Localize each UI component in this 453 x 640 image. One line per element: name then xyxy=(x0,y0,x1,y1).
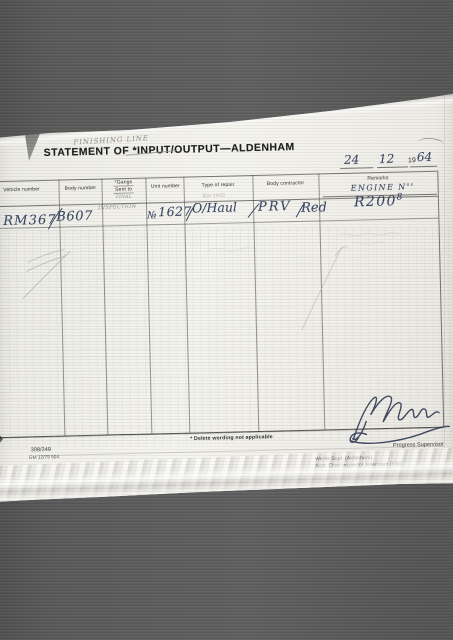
paper-sheet: FINISHING LINE STATEMENT OF *INPUT/OUTPU… xyxy=(0,88,453,508)
entry-vehicle-number: RM367 xyxy=(3,213,57,229)
col-header-type-of-repair: Type of repair xyxy=(193,181,243,189)
print-reference: GM 12/79 504 xyxy=(29,455,59,460)
entry-colour: Red xyxy=(301,200,327,216)
date-century-printed: 19 xyxy=(408,157,416,164)
col-header-gangs-sent-to: *Gangs Sent to xyxy=(108,179,140,194)
remarks-heading-superscript: os xyxy=(407,183,415,188)
remarks-superscript: 8 xyxy=(397,192,404,202)
col-header-body-contractor: Body contractor xyxy=(262,180,310,188)
entry-unit-number: 1627 xyxy=(158,203,192,219)
table-right-border xyxy=(437,171,444,427)
entry-type-of-repair: O/Haul xyxy=(192,199,237,215)
scanned-document-image: FINISHING LINE STATEMENT OF *INPUT/OUTPU… xyxy=(0,0,453,640)
pencil-scribbles xyxy=(22,233,401,337)
pencil-final: FINAL xyxy=(109,194,138,201)
signature-scrawl xyxy=(349,395,449,444)
remarks-value: R200 xyxy=(354,193,397,210)
entry-body-contractor: PRV xyxy=(258,199,292,215)
date-underline xyxy=(340,167,373,169)
col-header-vehicle-number: Vehicle number xyxy=(0,186,48,194)
footnote: * Delete wording not applicable xyxy=(153,433,311,444)
col-header-unit-number: Unit number xyxy=(151,183,179,190)
form-reference: 308/249 xyxy=(31,447,51,453)
date-underline xyxy=(377,166,408,168)
col-header-body-number: Body number xyxy=(65,185,96,192)
pencil-inspection: INSPECTION xyxy=(98,203,137,211)
pencil-repair-note: Km 1935 xyxy=(203,193,225,199)
col-header-remarks: Remarks xyxy=(335,174,421,183)
date-month: 12 xyxy=(379,152,395,166)
gangs-label-line2: Sent to xyxy=(114,186,134,194)
date-day: 24 xyxy=(344,153,360,167)
column-line xyxy=(101,179,108,435)
date-underline xyxy=(410,166,437,168)
remarks-heading-text: ENGINE N xyxy=(351,182,407,192)
date-year: 64 xyxy=(417,150,433,164)
remarks-heading-handwritten: ENGINE Nos xyxy=(351,182,415,192)
entry-unit-prefix: № xyxy=(147,210,157,221)
entry-remarks: R2008 xyxy=(354,192,404,210)
entry-body-number: B607 xyxy=(56,209,93,225)
